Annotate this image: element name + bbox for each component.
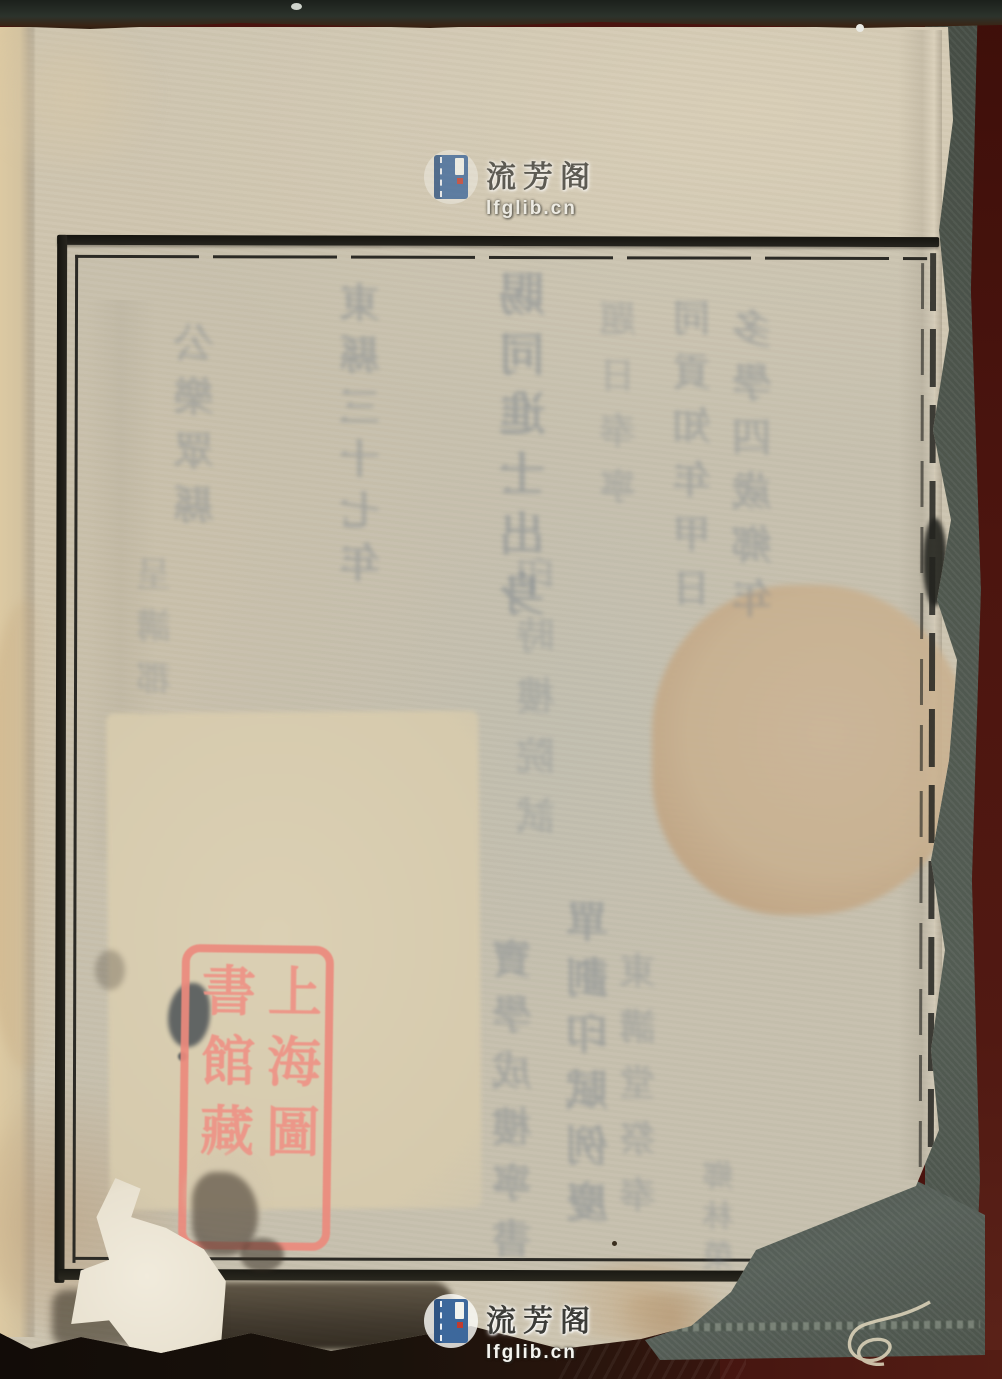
book-title-label — [455, 158, 464, 175]
frame-inner-left — [72, 255, 78, 1263]
bleedthrough-text-column: 多學四歲鄉年 — [726, 308, 783, 632]
bleedthrough-text-column: 公樂眾縣 — [168, 322, 225, 538]
binding-thread — [818, 1298, 938, 1376]
watermark-domain: lfglib.cn — [486, 198, 597, 220]
bleedthrough-text-column: 單劃印賦例慶 — [560, 900, 620, 1236]
watermark-text: 流芳阁 lfglib.cn — [486, 1296, 597, 1364]
frame-inner-top — [75, 255, 927, 260]
frame-outer-top — [57, 235, 939, 247]
watermark-site-name: 流芳阁 — [486, 152, 597, 196]
white-speck — [856, 24, 864, 32]
cover-top-edge — [0, 0, 1002, 30]
book-stitching — [440, 157, 442, 197]
watermark-badge — [424, 150, 478, 204]
bleedthrough-text-column: 東講堂祭奉 — [614, 952, 665, 1232]
bleedthrough-text-column: 鄉林榮 — [700, 1160, 744, 1280]
bleedthrough-text-column: 東縣三十七年 — [334, 282, 391, 594]
seal-column-right: 上海圖 — [260, 963, 318, 1233]
dark-speck — [612, 1241, 617, 1246]
dark-smudge — [240, 1238, 284, 1272]
watermark-badge — [424, 1294, 478, 1348]
bleedthrough-text-column: 寶學成樓寧書 — [486, 938, 543, 1274]
stitched-book-icon — [434, 1299, 468, 1343]
frame-outer-left — [54, 235, 67, 1283]
book-seal-dot — [457, 178, 463, 184]
watermark-text: 流芳阁 lfglib.cn — [486, 152, 597, 220]
faint-smudge — [95, 950, 125, 990]
stitched-book-icon — [434, 155, 468, 199]
bleedthrough-text-column: 題日奉寧 — [594, 300, 645, 524]
watermark-top: 流芳阁 lfglib.cn — [424, 150, 644, 210]
watermark-bottom: 流芳阁 lfglib.cn — [424, 1294, 644, 1354]
book-stitching — [440, 1301, 442, 1341]
white-speck — [291, 3, 302, 10]
watermark-site-name: 流芳阁 — [486, 1296, 597, 1340]
bleedthrough-text-column: 同貢知年甲日 — [668, 298, 723, 622]
book-title-label — [455, 1302, 464, 1319]
book-seal-dot — [457, 1322, 463, 1328]
bleedthrough-text-column: 印時樓院試 — [512, 556, 567, 856]
scanned-book-page: 賜同進士出身 同貢知年甲日 多學四歲鄉年 東縣三十七年 公樂眾縣 呈講郡閱 單劃… — [0, 0, 1002, 1379]
watermark-domain: lfglib.cn — [486, 1342, 597, 1364]
frame-inner-right-broken — [919, 263, 924, 1183]
